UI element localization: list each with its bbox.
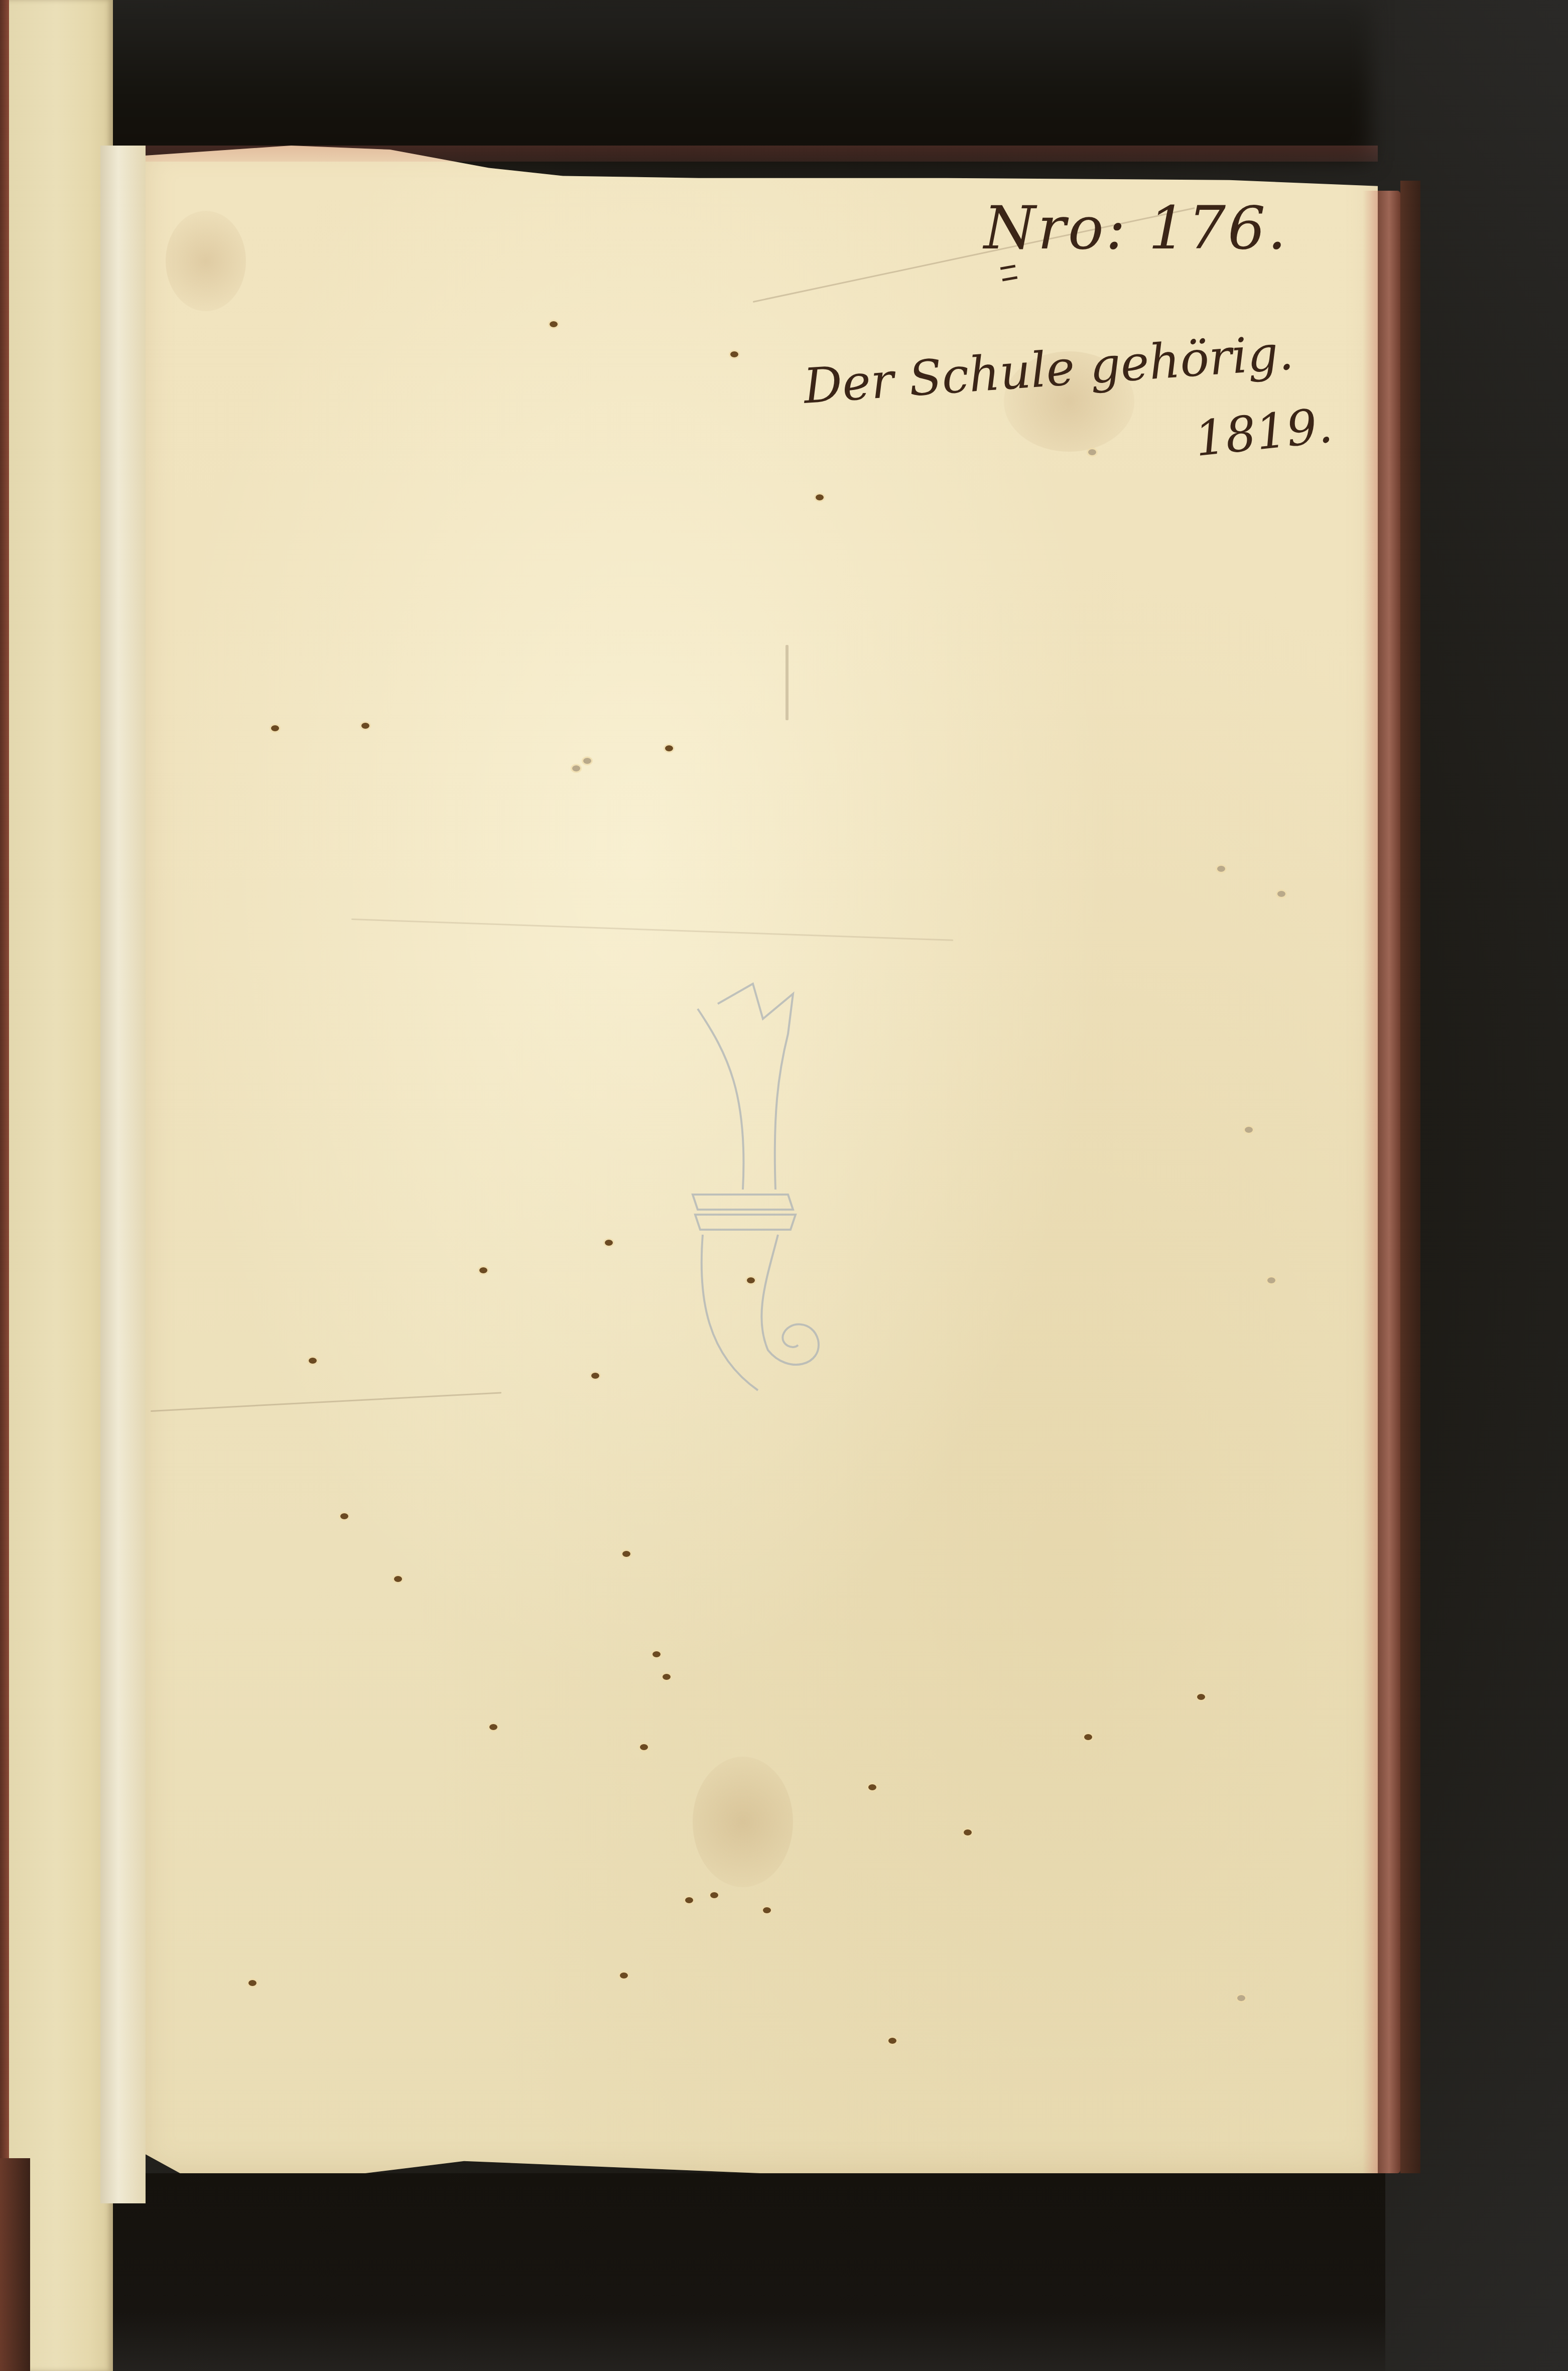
wormhole-mark: [1217, 866, 1225, 872]
red-page-edge-right: [1363, 191, 1378, 2173]
wormhole-mark: [1245, 1127, 1253, 1133]
wormhole-mark: [816, 494, 824, 500]
wormhole-mark: [620, 1972, 628, 1979]
wormhole-mark: [710, 1892, 718, 1898]
wormhole-mark: [888, 2038, 896, 2044]
foxing-stain: [166, 211, 246, 311]
left-cover-bottom: [0, 2158, 30, 2371]
shelfmark-underline: [1000, 265, 1017, 282]
top-shadow: [15, 0, 1370, 161]
wormhole-mark: [309, 1358, 317, 1364]
pencil-sketch-icon: [688, 974, 838, 1405]
wormhole-mark: [361, 723, 369, 729]
foxing-stain: [693, 1757, 793, 1887]
wormhole-mark: [489, 1724, 497, 1730]
wormhole-mark: [572, 765, 580, 771]
wormhole-mark: [964, 1829, 972, 1835]
right-cover-board: [1400, 181, 1420, 2173]
bottom-shadow: [30, 2173, 1385, 2371]
wormhole-mark: [685, 1897, 693, 1903]
wormhole-mark: [1088, 449, 1096, 455]
wormhole-mark: [763, 1907, 771, 1913]
left-cover-edge: [0, 0, 9, 2371]
wormhole-mark: [550, 321, 558, 327]
paper-crease: [786, 645, 789, 720]
wormhole-mark: [591, 1373, 599, 1379]
wormhole-mark: [747, 1277, 755, 1283]
wormhole-mark: [665, 745, 673, 751]
wormhole-mark: [663, 1674, 671, 1680]
wormhole-mark: [1084, 1734, 1092, 1740]
wormhole-mark: [652, 1651, 661, 1657]
left-page: [0, 0, 113, 2371]
shelfmark-inscription: Nro: 176.: [984, 193, 1288, 262]
wormhole-mark: [868, 1784, 876, 1790]
wormhole-mark: [583, 758, 591, 764]
wormhole-mark: [1277, 891, 1285, 897]
wormhole-mark: [730, 351, 738, 357]
wormhole-mark: [340, 1513, 348, 1519]
wormhole-mark: [394, 1576, 402, 1582]
wormhole-mark: [1267, 1277, 1275, 1283]
wormhole-mark: [622, 1551, 630, 1557]
wormhole-mark: [1237, 1995, 1245, 2001]
wormhole-mark: [271, 725, 279, 731]
wormhole-mark: [248, 1980, 256, 1986]
right-cover-edge: [1378, 191, 1400, 2173]
wormhole-mark: [605, 1240, 613, 1246]
wormhole-mark: [640, 1744, 648, 1750]
wormhole-mark: [479, 1267, 487, 1273]
wormhole-mark: [1197, 1694, 1205, 1700]
spine-gutter: [100, 146, 146, 2203]
